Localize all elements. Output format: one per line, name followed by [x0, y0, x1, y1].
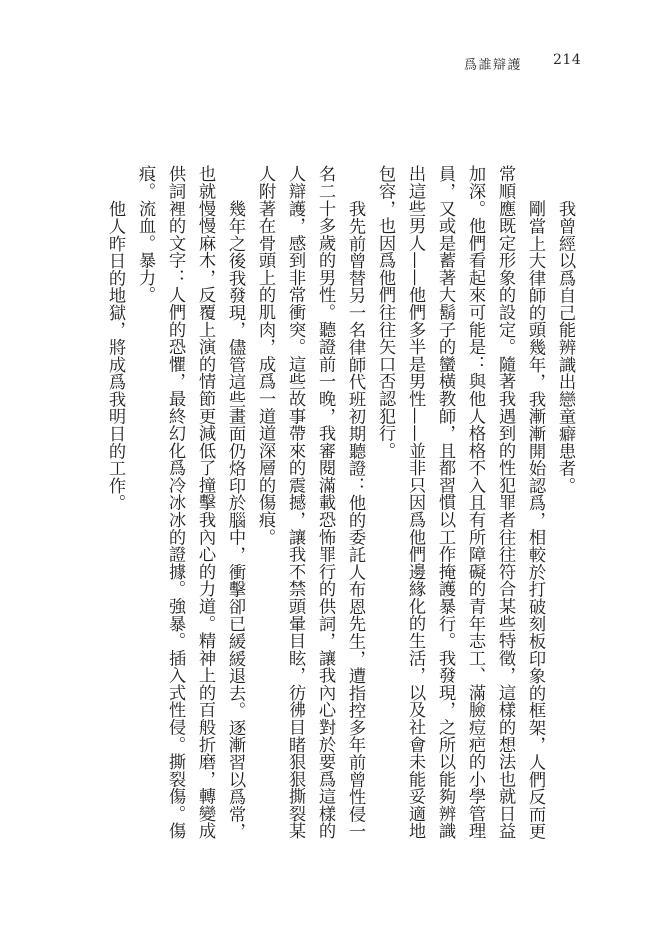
paragraph-1: 我曾經以爲自己能辨識出戀童癖患者。 — [550, 165, 580, 840]
book-page: 爲誰辯護 214 我曾經以爲自己能辨識出戀童癖患者。剛當上大律師的頭幾年，我漸漸… — [0, 0, 663, 932]
page-number: 214 — [553, 52, 581, 68]
paragraph-5: 他人昨日的地獄，將成爲我明日的工作。 — [100, 165, 130, 840]
running-header-title: 爲誰辯護 — [464, 54, 522, 73]
page-body-vertical-text: 我曾經以爲自己能辨識出戀童癖患者。剛當上大律師的頭幾年，我漸漸開始認爲，相較於打… — [100, 165, 580, 840]
paragraph-3: 我先前曾替另一名律師代班初期聽證：他的委託人布恩先生，遭指控多年前曾性侵一名二十… — [250, 165, 370, 840]
paragraph-4: 幾年之後我發現，儘管這些畫面仍烙印於腦中，衝擊卻已緩緩退去。逐漸習以爲常，也就慢… — [130, 165, 250, 840]
paragraph-2: 剛當上大律師的頭幾年，我漸漸開始認爲，相較於打破刻板印象的框架，人們反而更常順應… — [370, 165, 550, 840]
